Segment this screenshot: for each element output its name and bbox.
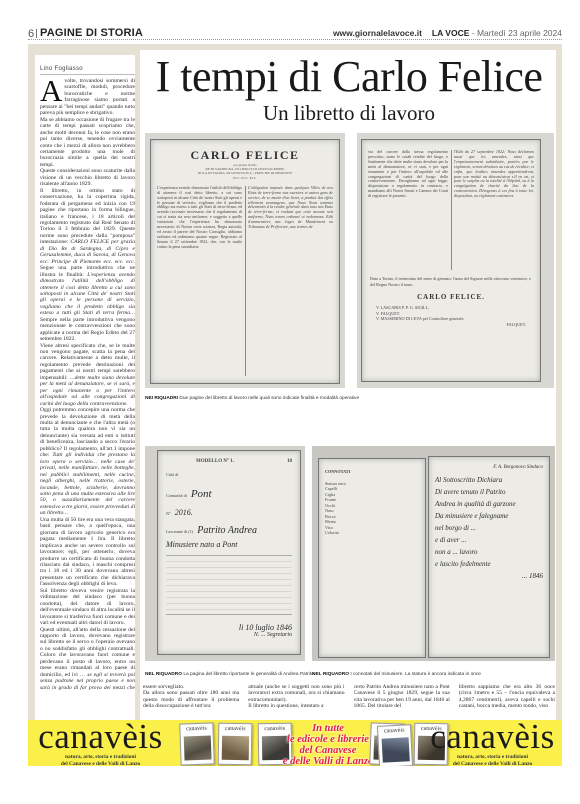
document-heading: CARLO FELICE [151,148,339,163]
handwritten-entry: non a ... lavoro [435,546,543,558]
canaveis-advertisement[interactable]: canavèis natura, arte, storia e tradizio… [28,720,562,766]
handwritten-entry: e di aver ... [435,534,543,546]
brand-tagline: del Canavese e delle Valli di Lanzo [28,761,173,766]
document-heading: CONNOTATI [325,469,419,475]
page-number-doc: 10 [287,459,292,464]
document-page: via del carcere dalla stessa regolamento… [361,139,541,382]
photo-caption: NEL RIQUADRO La pagina del libretto ripo… [145,672,314,677]
caption-text: La pagina del libretto riportante le gen… [183,672,313,677]
connotati-list: Statura once Capelli Ciglia Fronte Occhi… [325,481,419,536]
article-paragraph: Viene altresì specificato che, se le mul… [40,343,135,408]
header-divider [36,29,37,38]
handwritten-entry: e lascito fedelmente [435,558,543,570]
magazine-cover: canavèis [218,723,253,766]
caption-text: I connotati del minusiere. La statura è … [350,672,481,677]
magazine-cover: canavèis [377,724,413,766]
form-label: Lavorante di (1) [166,529,193,534]
article-body: Avolte, trovandosi sommersi di scartoffi… [40,78,135,690]
form-label: Comunità di [166,493,187,498]
photo-physical-description-page: CONNOTATI Statura once Capelli Ciglia Fr… [312,446,555,661]
handwritten-entry: Patrito Andrea [197,525,257,536]
model-heading: MODELLO N° 1. [196,459,234,464]
handwritten-entry: F. A. Borgonovo Sindaco [435,465,543,470]
article-title: I tempi di Carlo Felice [142,55,556,99]
issue-date: Martedì 23 aprile 2024 [477,28,562,38]
photo-caption: NEI RIQUADRI Due pagine del libretto di … [145,396,359,401]
caption-text: Due pagine del libretto di lavoro nelle … [179,396,359,401]
brand-tagline: del Canavese e delle Valli di Lanzo [420,761,562,766]
section-title: PAGINE DI STORIA [40,27,143,39]
handwritten-entry: Minusiere nato a Pont [166,540,292,549]
page-header: 6 PAGINE DI STORIA www.giornalelavoce.it… [28,28,562,40]
drop-cap: A [40,79,62,103]
document-date: Dato a Torino, il trentesimo del mese di… [370,276,532,287]
caption-label: NEI RIQUADRI [145,396,178,401]
handwritten-entry: Da minusiere e falegname [435,510,543,522]
caption-label: NEL RIQUADRO [145,672,182,677]
page-number: 6 [28,28,34,40]
brand-logo: canavèis [420,720,562,754]
header-masthead: www.giornalelavoce.itLA VOCE - Martedì 2… [333,28,562,38]
magazine-cover: canavèis [179,722,214,765]
handwritten-entry: N. ... Segretario [166,632,292,638]
handwritten-entry: ... 1846 [435,570,543,582]
photo-caption: NEL RIQUADRO I connotati del minusiere. … [312,672,481,677]
article-paragraph: Ma se abbiamo occasione di frugare tra l… [40,117,135,169]
photo-worker-id-page: MODELLO N° 1.10 Città di Comunità di Pon… [145,446,305,661]
brand-block-left: canavèis natura, arte, storia e tradizio… [28,720,173,766]
document-countersign: FALQUET. [362,322,526,328]
brand-logo: canavèis [28,720,173,754]
promo-text: In tutte le edicole e librerie del Canav… [274,723,382,766]
brand-block-right: canavèis natura, arte, storia e tradizio… [420,720,562,766]
handwritten-entry: nel borgo di ... [435,522,543,534]
article-paragraph: Queste considerazioni sono scaturite dal… [40,168,135,187]
document-page-right: F. A. Borgonovo Sindaco Al Sottoscritto … [428,456,550,658]
website-link[interactable]: www.giornalelavoce.it [333,28,422,38]
photo-regulation-page-2: via del carcere dalla stessa regolamento… [357,133,554,388]
document-column-french: l'Edit du 27 septembre 1822; Nous déclar… [451,150,534,270]
handwritten-entry: 2016. [175,508,193,517]
article-paragraph: Una multa di 50 lire era una vera stanga… [40,517,135,588]
article-paragraph: Oggi potremmo concepire una norma che pr… [40,407,135,517]
article-paragraph: Avolte, trovandosi sommersi di scartoffi… [40,78,135,117]
publication-name: LA VOCE [432,28,469,38]
date-separator: - [469,28,477,38]
document-page-left: CONNOTATI Statura once Capelli Ciglia Fr… [318,458,426,658]
handwritten-entry: Pont [191,488,212,500]
document-page: MODELLO N° 1.10 Città di Comunità di Pon… [157,450,301,655]
document-column-italian: via del carcere dalla stessa regolamento… [368,150,448,270]
article-paragraph: Il libretto, in ottimo stato di conserva… [40,188,135,343]
document-signature: CARLO FELICE. [362,293,540,301]
document-page: CARLO FELICE per grazia di Dio RE DI SAR… [150,139,340,384]
article-paragraph: Sul libretto doveva venire registrata la… [40,588,135,627]
photo-regulation-page-1: CARLO FELICE per grazia di Dio RE DI SAR… [145,133,345,388]
handwritten-entry: Al Sottoscritto Dichiara [435,474,543,486]
article-subtitle: Un libretto di lavoro [142,102,556,124]
document-text: ECC. ECC. ECC. [151,176,339,180]
document-column-french: L'obligation imposée dans quelques Ville… [245,186,333,376]
handwritten-entry: li 10 luglio 1846 [166,623,292,632]
document-column-italian: L'esperienza avendo dimostrato l'utilità… [157,186,242,376]
printed-rules [166,555,292,615]
byline-divider [40,74,135,75]
form-label: N° [166,511,171,516]
connotati-item: Colorito [325,530,419,536]
handwritten-entry: Andrea in qualità di garzone [435,498,543,510]
handwritten-entry: Di avere tenuto il Patrito [435,486,543,498]
form-label: Città di [166,472,292,478]
author-byline: Lino Fogliasso [40,66,83,72]
caption-label: NEL RIQUADRO [312,672,349,677]
article-paragraph: Questi ultimi, all'atto della cessazione… [40,627,135,690]
